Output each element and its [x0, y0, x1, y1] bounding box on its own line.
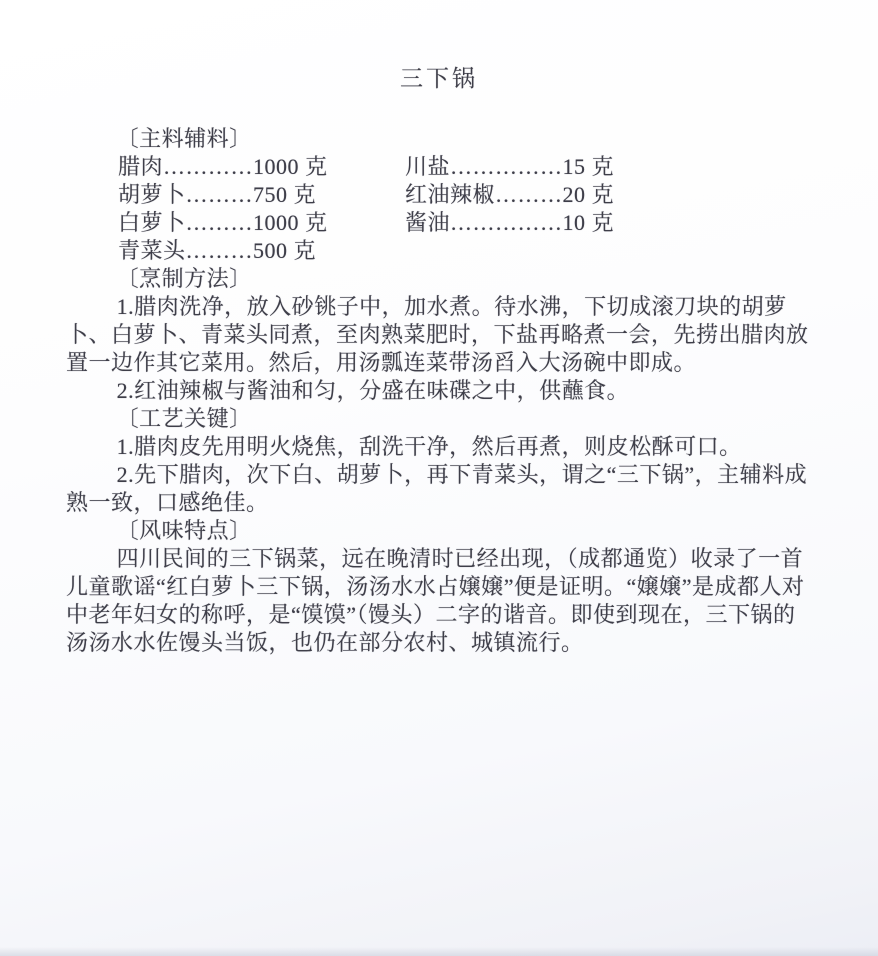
flavor-heading: 〔风味特点〕: [66, 517, 812, 545]
ingredient-amount: 1000 克: [253, 210, 328, 235]
ingredient-name: 酱油: [405, 210, 450, 235]
ingredient-row: 腊肉…………1000 克: [118, 153, 405, 181]
ingredient-row: 川盐……………15 克: [405, 153, 812, 181]
ingredients-list: 腊肉…………1000 克 胡萝卜………750 克 白萝卜………1000 克 青菜…: [66, 153, 812, 265]
scanned-recipe-page: 三下锅 〔主料辅料〕 腊肉…………1000 克 胡萝卜………750 克 白萝卜……: [0, 0, 878, 956]
technique-step: 2.先下腊肉，次下白、胡萝卜，再下青菜头，谓之“三下锅”，主辅料成熟一致，口感绝…: [66, 461, 812, 517]
dot-leader: ……………: [450, 210, 563, 235]
ingredients-column-right: 川盐……………15 克 红油辣椒………20 克 酱油……………10 克: [405, 153, 812, 237]
ingredient-amount: 500 克: [253, 238, 316, 263]
technique-step: 1.腊肉皮先用明火烧焦，刮洗干净，然后再煮，则皮松酥可口。: [66, 433, 812, 461]
dot-leader: ………: [186, 182, 254, 207]
dot-leader: ……………: [450, 154, 563, 179]
ingredient-name: 白萝卜: [118, 210, 186, 235]
ingredient-amount: 15 克: [563, 154, 615, 179]
ingredient-row: 胡萝卜………750 克: [118, 181, 405, 209]
ingredient-amount: 20 克: [563, 182, 615, 207]
ingredient-name: 腊肉: [118, 154, 163, 179]
dot-leader: ………: [186, 210, 254, 235]
method-step: 2.红油辣椒与酱油和匀，分盛在味碟之中，供蘸食。: [66, 377, 812, 405]
method-step: 1.腊肉洗净，放入砂铫子中，加水煮。待水沸，下切成滚刀块的胡萝卜、白萝卜、青菜头…: [66, 293, 812, 377]
ingredient-row: 青菜头………500 克: [118, 237, 405, 265]
ingredient-amount: 750 克: [253, 182, 316, 207]
dot-leader: …………: [163, 154, 253, 179]
ingredient-row: 白萝卜………1000 克: [118, 209, 405, 237]
ingredients-heading: 〔主料辅料〕: [66, 125, 812, 153]
ingredients-column-left: 腊肉…………1000 克 胡萝卜………750 克 白萝卜………1000 克 青菜…: [66, 153, 405, 265]
method-heading: 〔烹制方法〕: [66, 265, 812, 293]
ingredient-name: 川盐: [405, 154, 450, 179]
ingredient-name: 青菜头: [118, 238, 186, 263]
ingredient-amount: 10 克: [563, 210, 615, 235]
ingredient-name: 胡萝卜: [118, 182, 186, 207]
ingredient-row: 酱油……………10 克: [405, 209, 812, 237]
page-title: 三下锅: [66, 62, 812, 96]
dot-leader: ………: [495, 182, 563, 207]
ingredient-name: 红油辣椒: [405, 182, 495, 207]
ingredient-amount: 1000 克: [253, 154, 328, 179]
dot-leader: ………: [186, 238, 254, 263]
flavor-paragraph: 四川民间的三下锅菜，远在晚清时已经出现，（成都通览）收录了一首儿童歌谣“红白萝卜…: [66, 545, 812, 657]
technique-heading: 〔工艺关键〕: [66, 405, 812, 433]
ingredient-row: 红油辣椒………20 克: [405, 181, 812, 209]
page-content: 三下锅 〔主料辅料〕 腊肉…………1000 克 胡萝卜………750 克 白萝卜……: [66, 62, 812, 657]
